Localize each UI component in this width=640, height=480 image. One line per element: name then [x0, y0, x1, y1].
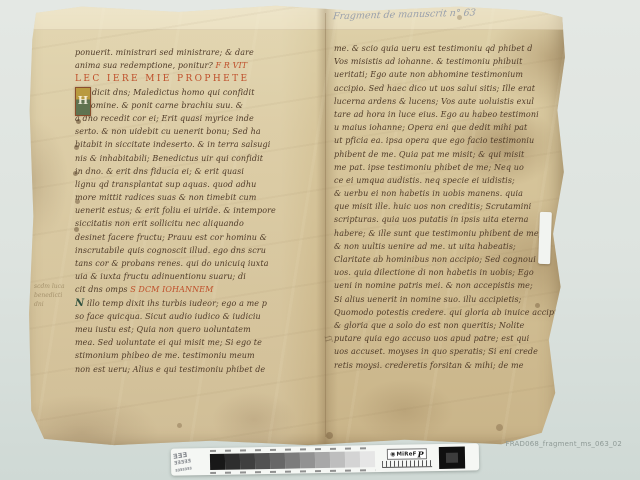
manuscript-line: mea. Sed uoluntate ei qui misit me; Si e… [75, 336, 302, 349]
manuscript-line: in homine. & ponit carne brachiu suu. & [75, 99, 302, 112]
parchment-bifolium: ponuerit. ministrari sed ministrare; & d… [28, 4, 566, 446]
manuscript-line: u maius iohanne; Opera eni que dedit mih… [334, 121, 561, 134]
manuscript-text: habere; & ille sunt que testimoniu phibe… [334, 229, 541, 238]
manuscript-text: stimonium phibeo de me. testimoniu meum [75, 351, 255, 360]
manuscript-line: & uerbu ei non habetis in uobis manens. … [334, 187, 561, 200]
manuscript-line: accipio. Sed haec dico ut uos salui siti… [334, 82, 561, 95]
margin-note-line: dni [34, 300, 78, 309]
manuscript-line: habere; & ille sunt que testimoniu phibe… [334, 227, 561, 240]
manuscript-line: non est ueru; Alius e qui testimoniu phi… [75, 363, 302, 376]
manuscript-line: ponuerit. ministrari sed ministrare; & d… [75, 46, 302, 59]
manuscript-line: LEC IERE MIE PROPHETE [75, 72, 302, 85]
manuscript-text: uenerit estus; & erit foliu ei uiride. &… [75, 206, 276, 215]
manuscript-line: in dno. & erit dns fiducia ei; & erit qu… [75, 165, 302, 178]
manuscript-line: Si alius uenerit in nomine suo. illu acc… [334, 293, 561, 306]
manuscript-text: Vos misistis ad iohanne. & testimoniu ph… [334, 57, 522, 66]
manuscript-line: ueni in nomine patris mei. & non accepis… [334, 279, 561, 292]
logo-p-mark: P [417, 449, 423, 459]
manuscript-text: & non uultis uenire ad me. ut uita habea… [334, 242, 516, 251]
manuscript-line: cit dns omps S DCM IOHANNEM [75, 283, 302, 296]
manuscript-text: in homine. & ponit carne brachiu suu. & [75, 101, 243, 110]
manuscript-text: que misit ille. huic uos non creditis; S… [334, 202, 531, 211]
manuscript-text: cit dns omps [75, 285, 130, 294]
manuscript-line: uos accuset. moyses in quo speratis; Si … [334, 345, 561, 358]
manuscript-line: uenerit estus; & erit foliu ei uiride. &… [75, 204, 302, 217]
manuscript-text: a dno recedit cor ei; Erit quasi myrice … [75, 114, 254, 123]
manuscript-text: tans cor & probans renes. qui do unicuiq… [75, 259, 269, 268]
logo-circle-icon: ◉ [390, 451, 395, 457]
manuscript-line: N illo temp dixit ihs turbis iudeor; ego… [75, 297, 302, 310]
manuscript-line: tans cor & probans renes. qui do unicuiq… [75, 257, 302, 270]
manuscript-line: a dno recedit cor ei; Erit quasi myrice … [75, 112, 302, 125]
photo-stage: ponuerit. ministrari sed ministrare; & d… [0, 0, 640, 480]
manuscript-line: tare ad hora in luce eius. Ego au habeo … [334, 108, 561, 121]
miref-logo: ◉ MiReF P [387, 448, 427, 460]
rubric-text: S DCM IOHANNEM [130, 285, 213, 294]
manuscript-text: aec dicit dns; Maledictus homo qui confi… [75, 88, 255, 97]
manuscript-line: ut pficia ea. ipsa opera que ego facio t… [334, 134, 561, 147]
gray-patch [360, 451, 375, 467]
manuscript-text: phibent de me. Quia pat me misit; & qui … [334, 150, 524, 159]
manuscript-line: stimonium phibeo de me. testimoniu meum [75, 349, 302, 362]
gray-patch [225, 453, 240, 469]
manuscript-text: serto. & non uidebit cu uenerit bonu; Se… [75, 127, 261, 136]
manuscript-text: so face quicqua. Sicut audio iudico & iu… [75, 312, 261, 321]
manuscript-text: meu iustu est; Quia non quero uoluntatem [75, 325, 251, 334]
manuscript-line: Claritate ab hominibus non accipio; Sed … [334, 253, 561, 266]
manuscript-line: phibent de me. Quia pat me misit; & qui … [334, 148, 561, 161]
gray-patch [345, 451, 360, 467]
manuscript-line: scripturas. quia uos putatis in ipsis ui… [334, 213, 561, 226]
manuscript-line: & gloria que a solo do est non queritis;… [334, 319, 561, 332]
manuscript-text: siccitatis non erit sollicitu nec aliqua… [75, 219, 244, 228]
manuscript-text: mea. Sed uoluntate ei qui misit me; Si e… [75, 338, 262, 347]
decorated-initial: H [75, 87, 91, 116]
resolution-e-target: ƎƎƎƎƎƎƎƎƎƎƎƎƎƎƎ [173, 448, 209, 475]
manuscript-text: desinet facere fructu; Prauu est cor hom… [75, 233, 267, 242]
manuscript-line: Vos misistis ad iohanne. & testimoniu ph… [334, 55, 561, 68]
manuscript-text: & gloria que a solo do est non queritis;… [334, 321, 524, 330]
manuscript-text: ut pficia ea. ipsa opera que ego facio t… [334, 136, 534, 145]
manuscript-line: anima sua redemptione, ponitur? F R VIT [75, 59, 302, 72]
manuscript-line: uia & iuxta fructu adinuentionu suaru; d… [75, 270, 302, 283]
manuscript-text: scripturas. quia uos putatis in ipsis ui… [334, 215, 529, 224]
manuscript-text: uos accuset. moyses in quo speratis; Si … [334, 347, 538, 356]
manuscript-line: serto. & non uidebit cu uenerit bonu; Se… [75, 125, 302, 138]
gray-patch [285, 452, 300, 468]
manuscript-line: me pat. ipse testimoniu phibet de me; Ne… [334, 161, 561, 174]
rubric-text: F R VIT [216, 61, 248, 70]
manuscript-text: lignu qd transplantat sup aquas. quod ad… [75, 180, 256, 189]
margin-note-line: scdm luca [34, 282, 78, 291]
repair-tape [538, 212, 552, 264]
manuscript-line: ce ei umqua audistis. neq specie ei uidi… [334, 174, 561, 187]
manuscript-text: ponuerit. ministrari sed ministrare; & d… [75, 48, 254, 57]
manuscript-text: illo temp dixit ihs turbis iudeor; ego a… [84, 299, 267, 308]
density-patch [439, 446, 465, 468]
grayscale-patch-row [210, 451, 375, 470]
manuscript-text: ce ei umqua audistis. neq specie ei uidi… [334, 176, 515, 185]
manuscript-text: me. & scio quia ueru est testimoniu qd p… [334, 44, 532, 53]
manuscript-line: lucerna ardens & lucens; Vos aute uoluis… [334, 95, 561, 108]
manuscript-text: non est ueru; Alius e qui testimoniu phi… [75, 365, 265, 374]
manuscript-text: ueritati; Ego aute non abhomine testimon… [334, 70, 523, 79]
manuscript-text: nis & inhabitabili; Benedictus uir qui c… [75, 154, 263, 163]
manuscript-line: meu iustu est; Quia non quero uoluntatem [75, 323, 302, 336]
manuscript-text: retis moysi. crederetis forsitan & mihi;… [334, 361, 524, 370]
manuscript-text: u maius iohanne; Opera eni que dedit mih… [334, 123, 527, 132]
density-patch-inner [446, 452, 458, 462]
gray-patch [300, 452, 315, 468]
manuscript-line: more mittit radices suas & non timebit c… [75, 191, 302, 204]
manuscript-text: anima sua redemptione, ponitur? [75, 61, 216, 70]
gray-patch [330, 452, 345, 468]
left-text-column: ponuerit. ministrari sed ministrare; & d… [75, 46, 302, 380]
manuscript-text: bitabit in siccitate indeserto. & in ter… [75, 140, 270, 149]
manuscript-text: Claritate ab hominibus non accipio; Sed … [334, 255, 536, 264]
manuscript-text: in dno. & erit dns fiducia ei; & erit qu… [75, 167, 244, 176]
wormholes-and-stain-spots [28, 4, 31, 7]
manuscript-text: more mittit radices suas & non timebit c… [75, 193, 257, 202]
manuscript-text: tare ad hora in luce eius. Ego au habeo … [334, 110, 539, 119]
miref-logo-text: MiReF [396, 451, 416, 457]
manuscript-text: ueni in nomine patris mei. & non accepis… [334, 281, 533, 290]
manuscript-text: me pat. ipse testimoniu phibet de me; Ne… [334, 163, 524, 172]
patch-label-row [210, 469, 375, 474]
margin-note-line: benedicti [34, 291, 78, 300]
manuscript-text: uia & iuxta fructu adinuentionu suaru; d… [75, 272, 246, 281]
manuscript-text: putare quia ego accuso uos apud patre; e… [334, 334, 529, 343]
gray-patch [210, 454, 225, 470]
manuscript-line: bitabit in siccitate indeserto. & in ter… [75, 138, 302, 151]
filename-label: FRAD068_fragment_ms_063_02 [506, 440, 622, 448]
manuscript-line: nis & inhabitabili; Benedictus uir qui c… [75, 152, 302, 165]
manuscript-line: uos. quia dilectione di non habetis in u… [334, 266, 561, 279]
manuscript-text: lucerna ardens & lucens; Vos aute uoluis… [334, 97, 534, 106]
manuscript-text: accipio. Sed haec dico ut uos salui siti… [334, 84, 535, 93]
manuscript-line: so face quicqua. Sicut audio iudico & iu… [75, 310, 302, 323]
manuscript-line: siccitatis non erit sollicitu nec aliqua… [75, 217, 302, 230]
manuscript-line: Quomodo potestis credere. qui gloria ab … [334, 306, 561, 319]
rubric-text: LEC IERE MIE PROPHETE [75, 74, 249, 84]
manuscript-line: inscrutabile quis cognoscit illud. ego d… [75, 244, 302, 257]
manuscript-text: Quomodo potestis credere. qui gloria ab … [334, 308, 561, 317]
manuscript-line: ueritati; Ego aute non abhomine testimon… [334, 68, 561, 81]
manuscript-line: retis moysi. crederetis forsitan & mihi;… [334, 359, 561, 372]
right-text-column: me. & scio quia ueru est testimoniu qd p… [334, 42, 561, 376]
gray-patch [315, 452, 330, 468]
manuscript-text: Si alius uenerit in nomine suo. illu acc… [334, 295, 521, 304]
manuscript-line: lignu qd transplantat sup aquas. quod ad… [75, 178, 302, 191]
calibration-strip: ƎƎƎƎƎƎƎƎƎƎƎƎƎƎƎ ◉ MiReF P [171, 443, 479, 475]
gray-patch [240, 453, 255, 469]
manuscript-text: & uerbu ei non habetis in uobis manens. … [334, 189, 523, 198]
manuscript-line: putare quia ego accuso uos apud patre; e… [334, 332, 561, 345]
gray-patch [270, 453, 285, 469]
ruler-scale [382, 460, 432, 468]
manuscript-line: desinet facere fructu; Prauu est cor hom… [75, 231, 302, 244]
manuscript-line: que misit ille. huic uos non creditis; S… [334, 200, 561, 213]
left-margin-note: scdm lucabenedictidni [34, 282, 78, 309]
manuscript-line: aec dicit dns; Maledictus homo qui confi… [75, 86, 302, 99]
manuscript-line: & non uultis uenire ad me. ut uita habea… [334, 240, 561, 253]
manuscript-text: inscrutabile quis cognoscit illud. ego d… [75, 246, 266, 255]
manuscript-text: uos. quia dilectione di non habetis in u… [334, 268, 534, 277]
manuscript-line: me. & scio quia ueru est testimoniu qd p… [334, 42, 561, 55]
gray-patch [255, 453, 270, 469]
miref-logo-block: ◉ MiReF P [378, 448, 436, 468]
